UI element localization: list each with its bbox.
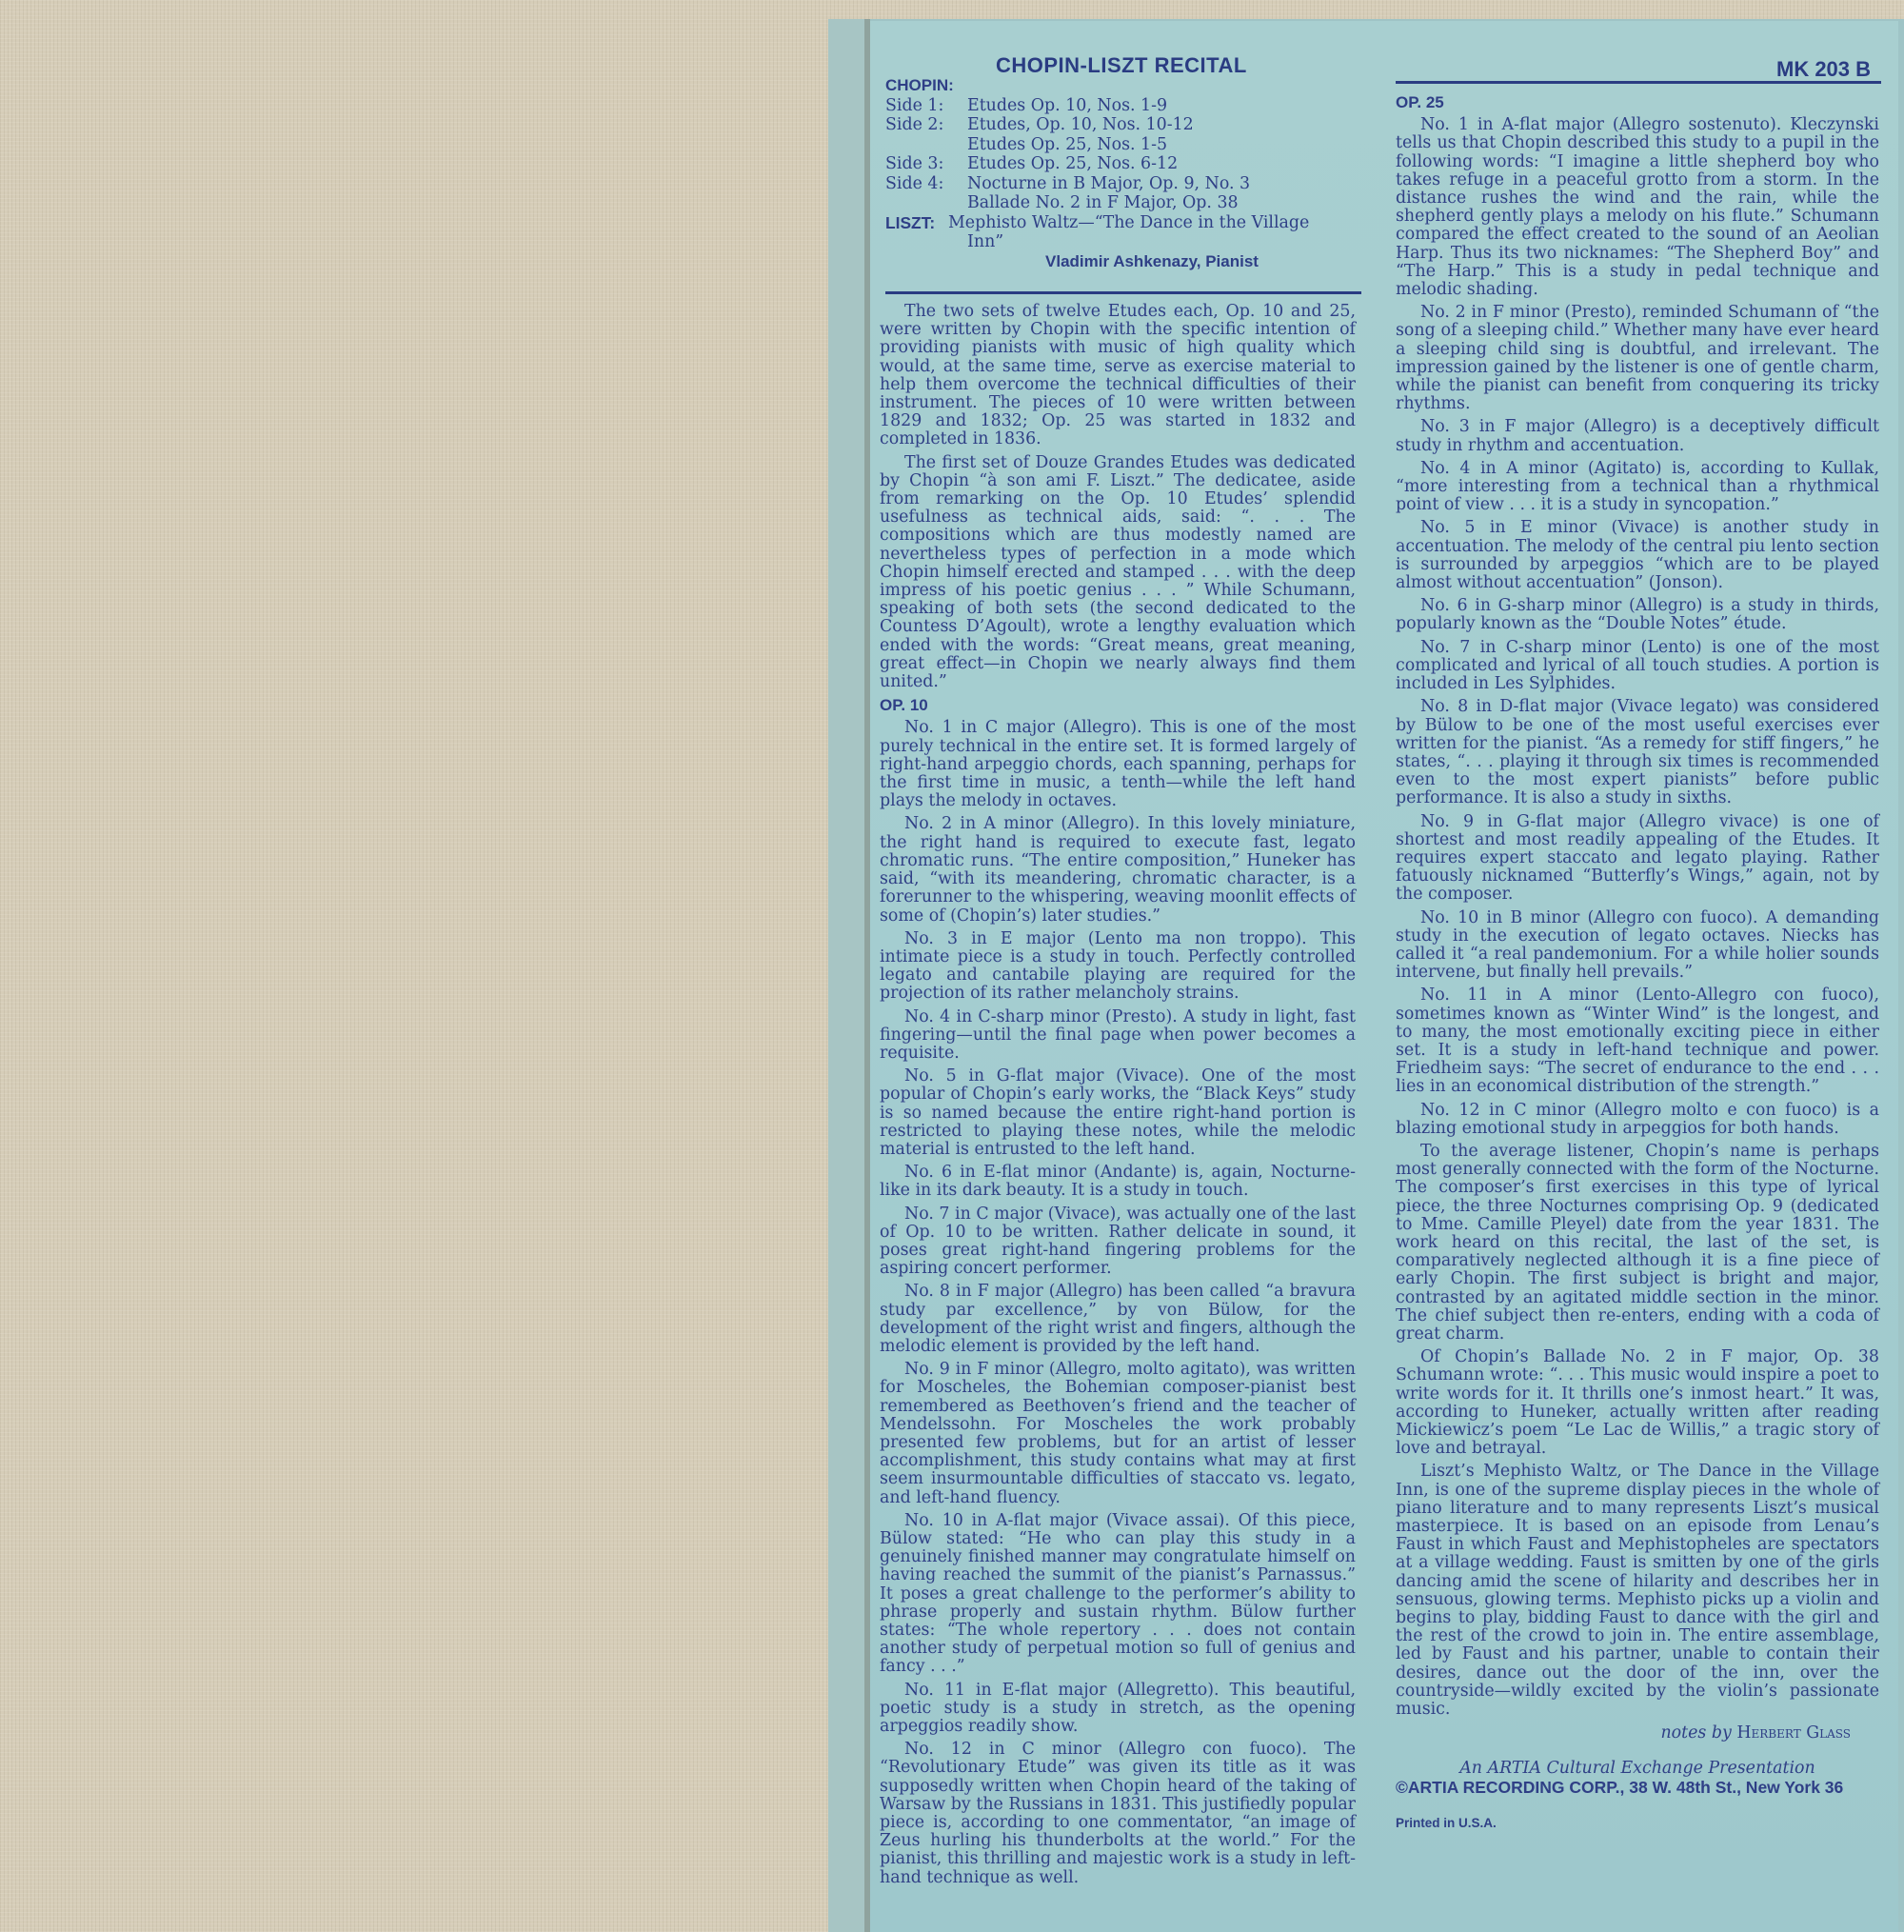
op25-heading: OP. 25: [1396, 93, 1879, 111]
side-work: Etudes Op. 10, Nos. 1-9: [967, 96, 1167, 116]
catalog-number: MK 203 B: [1776, 57, 1871, 82]
ballade-note: Of Chopin’s Ballade No. 2 in F major, Op…: [1396, 1348, 1879, 1458]
side-label: [885, 135, 967, 155]
printed-in: Printed in U.S.A.: [1396, 1814, 1879, 1832]
etude-note: No. 11 in A minor (Lento-Allegro con fuo…: [1396, 986, 1879, 1096]
mephisto-note: Liszt’s Mephisto Waltz, or The Dance in …: [1396, 1463, 1879, 1719]
liszt-line: Mephisto Waltz—“The Dance in the Village: [948, 213, 1309, 232]
side-label: [885, 193, 967, 213]
chopin-label: CHOPIN:: [885, 76, 1361, 96]
etude-note: No. 1 in A-flat major (Allegro sostenuto…: [1396, 116, 1879, 299]
etude-note: No. 7 in C-sharp minor (Lento) is one of…: [1396, 639, 1879, 694]
side-row: Etudes Op. 25, Nos. 1-5: [885, 135, 1361, 155]
etude-note: No. 8 in D-flat major (Vivace legato) wa…: [1396, 698, 1879, 807]
etude-note: No. 2 in A minor (Allegro). In this love…: [880, 815, 1356, 925]
side-work: Etudes, Op. 10, Nos. 10-12: [967, 115, 1194, 135]
etude-note: No. 5 in E minor (Vivace) is another stu…: [1396, 519, 1879, 592]
album-title: CHOPIN-LISZT RECITAL: [996, 53, 1247, 78]
etude-note: No. 9 in F minor (Allegro, molto agitato…: [880, 1361, 1356, 1507]
etude-note: No. 2 in F minor (Presto), reminded Schu…: [1396, 304, 1879, 413]
side-work: Etudes Op. 25, Nos. 1-5: [967, 135, 1167, 155]
side-row: Side 4:Nocturne in B Major, Op. 9, No. 3: [885, 174, 1361, 194]
etude-note: No. 4 in C-sharp minor (Presto). A study…: [880, 1008, 1356, 1064]
side-work: Etudes Op. 25, Nos. 6-12: [967, 154, 1178, 174]
notes-column-left: The two sets of twelve Etudes each, Op. …: [880, 303, 1356, 1892]
side-row: Side 2:Etudes, Op. 10, Nos. 10-12: [885, 115, 1361, 135]
etude-note: No. 6 in G-sharp minor (Allegro) is a st…: [1396, 597, 1879, 633]
side-row: Side 3:Etudes Op. 25, Nos. 6-12: [885, 154, 1361, 174]
liszt-row: LISZT: Mephisto Waltz—“The Dance in the …: [885, 213, 1361, 252]
notes-column-right: OP. 25No. 1 in A-flat major (Allegro sos…: [1396, 93, 1879, 1832]
side-row: Ballade No. 2 in F Major, Op. 38: [885, 193, 1361, 213]
etude-note: No. 3 in E major (Lento ma non troppo). …: [880, 930, 1356, 1004]
etude-note: No. 8 in F major (Allegro) has been call…: [880, 1283, 1356, 1356]
liszt-line: Inn”: [948, 232, 1003, 251]
etude-note: No. 4 in A minor (Agitato) is, according…: [1396, 460, 1879, 515]
etude-note: No. 5 in G-flat major (Vivace). One of t…: [880, 1067, 1356, 1159]
liszt-label: LISZT:: [885, 213, 948, 252]
notes-credit: notes by Herbert Glass: [1396, 1724, 1879, 1743]
liszt-work: Mephisto Waltz—“The Dance in the Village…: [948, 213, 1309, 252]
etude-note: No. 7 in C major (Vivace), was actually …: [880, 1205, 1356, 1279]
etude-note: No. 6 in E-flat minor (Andante) is, agai…: [880, 1164, 1356, 1200]
side-label: Side 2:: [885, 115, 967, 135]
etude-note: No. 11 in E-flat major (Allegretto). Thi…: [880, 1682, 1356, 1737]
credit-prefix: notes by: [1660, 1723, 1736, 1743]
sides-list: Side 1:Etudes Op. 10, Nos. 1-9Side 2:Etu…: [885, 96, 1361, 213]
etude-note: No. 12 in C minor (Allegro con fuoco). T…: [880, 1741, 1356, 1887]
side-label: Side 4:: [885, 174, 967, 194]
etude-note: No. 12 in C minor (Allegro molto e con f…: [1396, 1102, 1879, 1138]
header-rule-right: [1396, 81, 1881, 84]
side-label: Side 1:: [885, 96, 967, 116]
etude-note: No. 3 in F major (Allegro) is a deceptiv…: [1396, 418, 1879, 454]
intro-paragraph: The first set of Douze Grandes Etudes wa…: [880, 454, 1356, 692]
nocturne-note: To the average listener, Chopin’s name i…: [1396, 1143, 1879, 1344]
etude-note: No. 10 in A-flat major (Vivace assai). O…: [880, 1512, 1356, 1677]
performer: Vladimir Ashkenazy, Pianist: [885, 252, 1361, 272]
etude-note: No. 9 in G-flat major (Allegro vivace) i…: [1396, 813, 1879, 905]
side-work: Ballade No. 2 in F Major, Op. 38: [967, 193, 1239, 213]
etude-note: No. 1 in C major (Allegro). This is one …: [880, 719, 1356, 810]
intro-paragraph: The two sets of twelve Etudes each, Op. …: [880, 303, 1356, 449]
side-label: Side 3:: [885, 154, 967, 174]
header-rule-left: [885, 291, 1361, 294]
copyright-line: ©ARTIA RECORDING CORP., 38 W. 48th St., …: [1396, 1779, 1879, 1797]
etude-note: No. 10 in B minor (Allegro con fuoco). A…: [1396, 909, 1879, 983]
credit-author: Herbert Glass: [1736, 1723, 1851, 1743]
side-work: Nocturne in B Major, Op. 9, No. 3: [967, 174, 1250, 194]
side-row: Side 1:Etudes Op. 10, Nos. 1-9: [885, 96, 1361, 116]
tracklist: CHOPIN: Side 1:Etudes Op. 10, Nos. 1-9Si…: [885, 76, 1361, 271]
op10-heading: OP. 10: [880, 696, 1356, 714]
presentation-line: An ARTIA Cultural Exchange Presentation: [1396, 1760, 1879, 1778]
sleeve-spine-edge: [828, 19, 870, 1932]
